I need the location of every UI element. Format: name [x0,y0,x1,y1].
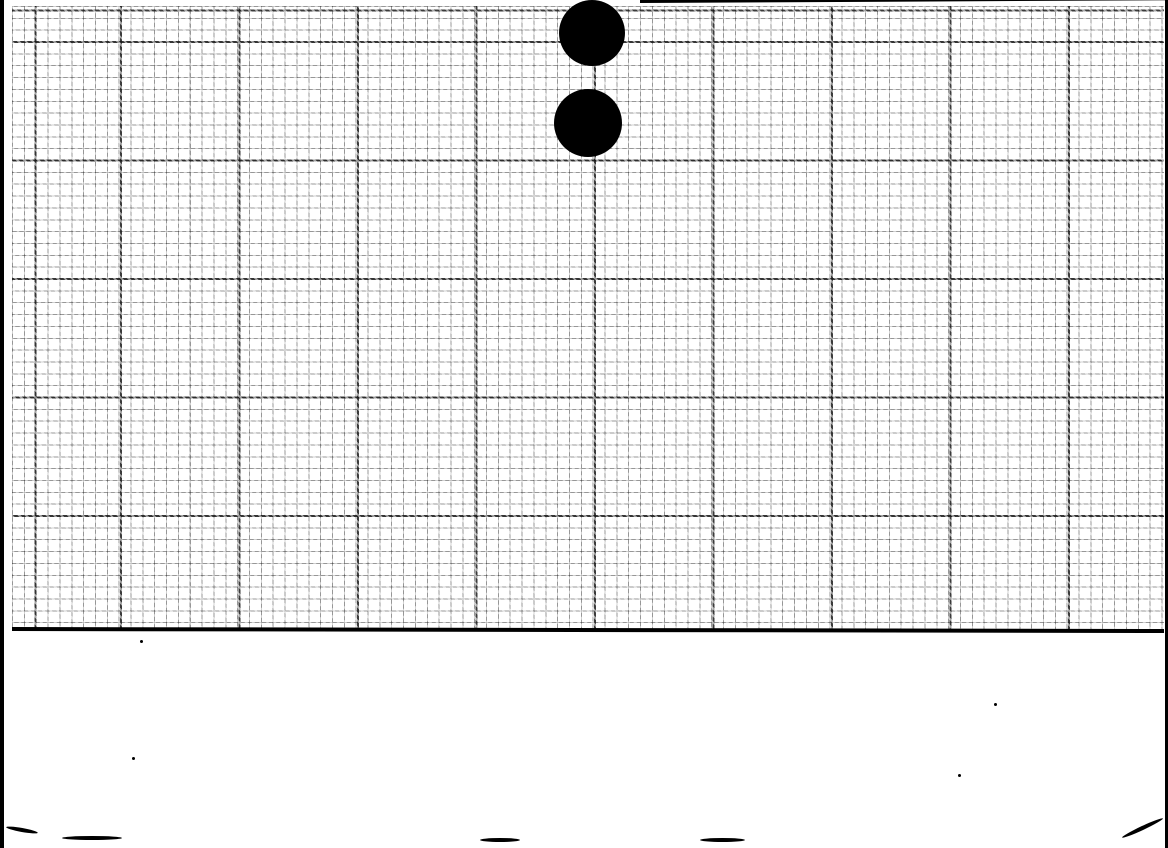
sheet-left-edge [0,0,4,848]
scan-speck [140,640,143,643]
scan-speck [958,774,961,777]
punch-hole-icon [554,89,622,157]
scan-speck [994,703,997,706]
scan-artifact [6,825,38,834]
scan-speck [132,757,135,760]
scan-artifact [1121,817,1163,840]
scan-artifact [700,838,745,842]
scan-artifact [480,838,520,842]
graph-paper-sheet [0,0,1168,848]
scan-artifact [62,836,122,840]
sheet-top-edge [640,0,1168,3]
grid-bottom-border [12,627,1164,633]
punch-hole-icon [559,0,625,66]
